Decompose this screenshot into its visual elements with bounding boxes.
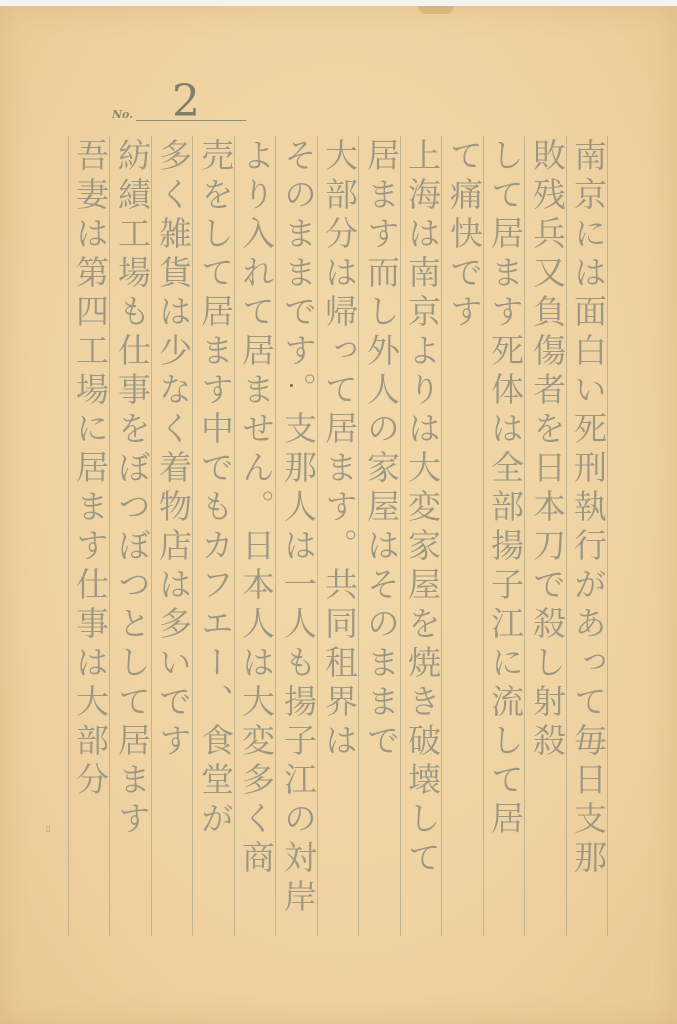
- text-column-11: 多く雑貨は少なく着物店は多いです: [153, 138, 193, 938]
- text-column-7: 大部分は帰って居ます。共同租界は: [319, 138, 359, 938]
- text-column-3: して居ます死体は全部揚子江に流して居: [485, 138, 525, 938]
- text-column-13: 吾妻は第四工場に居ます仕事は大部分: [70, 138, 110, 938]
- text-column-2: 敗残兵又負傷者を日本刀で殺し射殺: [527, 138, 567, 938]
- page-number: No. 2: [112, 84, 242, 124]
- text-column-5: 上海は南京よりは大変家屋を焼き破壊して: [402, 138, 442, 938]
- margin-mark: ▯: [46, 824, 52, 830]
- paper-stain: [418, 6, 454, 14]
- letter-body: 南京には面白い死刑執行があって毎日支那 敗残兵又負傷者を日本刀で殺し射殺 して居…: [68, 138, 608, 938]
- text-column-6: 居ます而し外人の家屋はそのままで: [361, 138, 401, 938]
- text-column-9: より入れて居ません。日本人は大変多く商: [236, 138, 276, 938]
- page-number-value: 2: [172, 80, 200, 124]
- text-column-12: 紡績工場も仕事をぼつぼつとして居ます: [112, 138, 152, 938]
- text-column-1: 南京には面白い死刑執行があって毎日支那: [568, 138, 608, 938]
- text-column-8: そのままです。支那人は一人も揚子江の対岸: [278, 138, 318, 938]
- letter-page: No. 2 南京には面白い死刑執行があって毎日支那 敗残兵又負傷者を日本刀で殺し…: [0, 6, 677, 1024]
- page-number-label: No.: [112, 108, 133, 121]
- pencil-dot: [290, 384, 293, 387]
- text-column-4: て痛快です: [444, 138, 484, 938]
- text-column-10: 売をして居ます中でもカフエー、食堂が: [195, 138, 235, 938]
